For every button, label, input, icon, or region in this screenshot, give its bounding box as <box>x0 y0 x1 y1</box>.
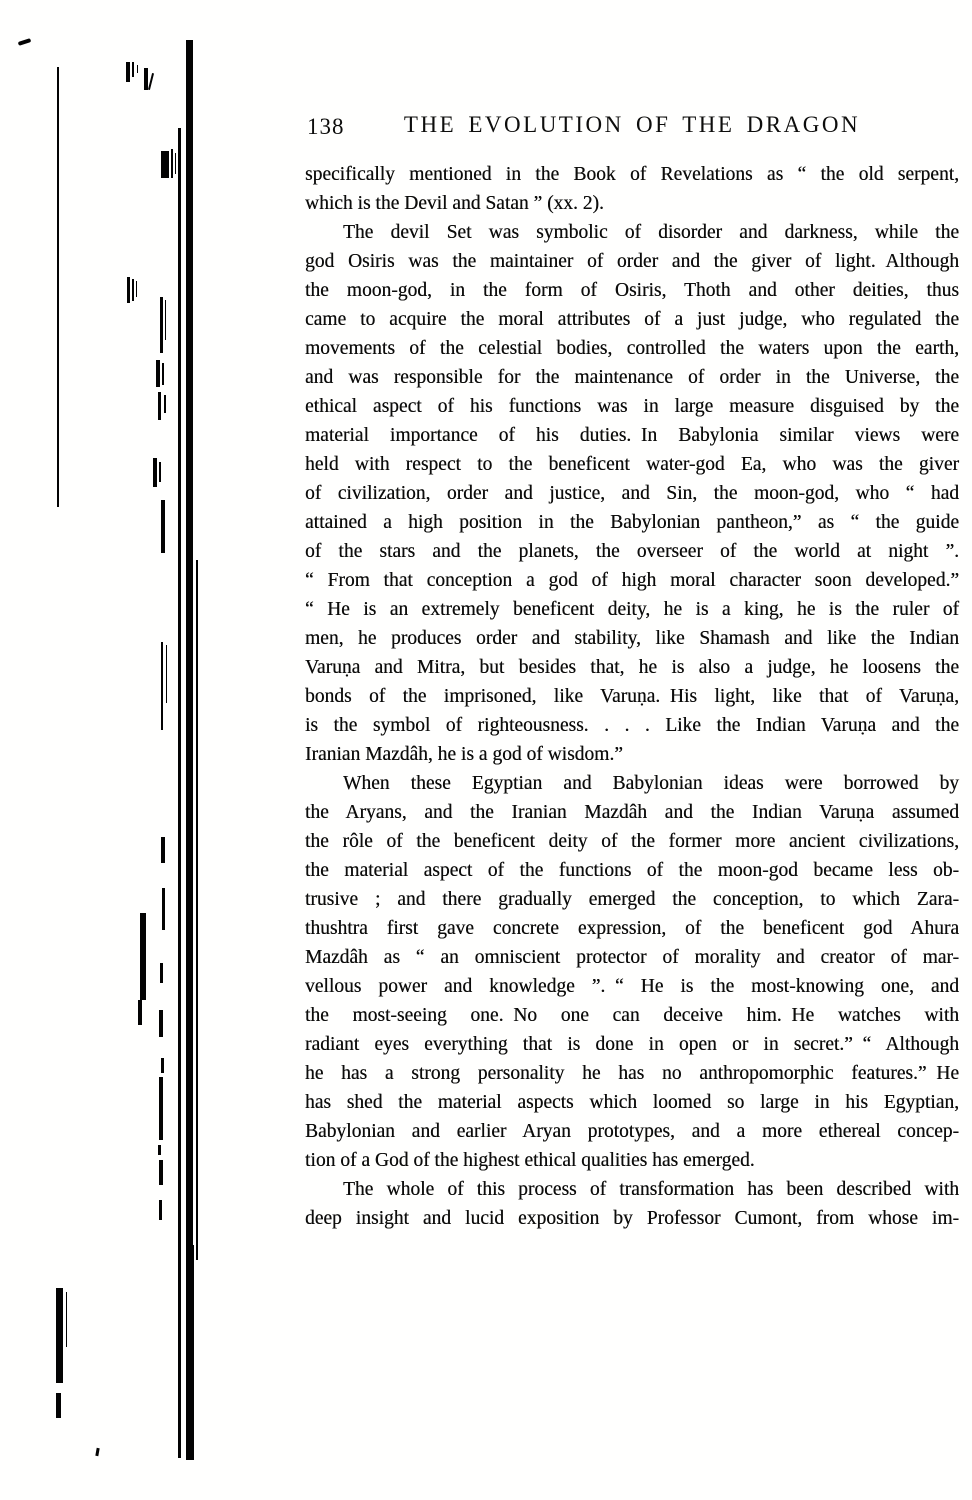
scan-artifact <box>161 1058 164 1073</box>
scan-artifact <box>161 642 163 730</box>
text-line: men, he produces order and stability, li… <box>305 624 959 653</box>
text-line: vellous power and knowledge ”. “ He is t… <box>305 972 959 1001</box>
running-title: THE EVOLUTION OF THE DRAGON <box>305 112 959 138</box>
scan-artifact <box>196 560 198 1260</box>
scan-artifact <box>178 128 181 1458</box>
text-line: of civilization, order and justice, and … <box>305 479 959 508</box>
text-line: material importance of his duties. In Ba… <box>305 421 959 450</box>
text-line: movements of the celestial bodies, contr… <box>305 334 959 363</box>
scan-artifact <box>171 149 173 178</box>
text-line: the rôle of the beneficent deity of the … <box>305 827 959 856</box>
scan-artifact <box>56 1393 61 1418</box>
scan-artifact <box>161 837 165 863</box>
text-line: “ He is an extremely beneficent deity, h… <box>305 595 959 624</box>
scan-artifact <box>156 360 160 387</box>
scan-artifact <box>166 645 167 703</box>
scan-artifact <box>95 1448 99 1456</box>
text-line: deep insight and lucid exposition by Pro… <box>305 1204 959 1233</box>
scan-artifact <box>126 62 130 82</box>
text-line: has shed the material aspects which loom… <box>305 1088 959 1117</box>
scan-artifact <box>66 1292 67 1347</box>
text-line: god Osiris was the maintainer of order a… <box>305 247 959 276</box>
scan-artifact <box>56 1288 63 1383</box>
scan-artifact <box>160 297 163 353</box>
text-line: specifically mentioned in the Book of Re… <box>305 160 959 189</box>
body-text: specifically mentioned in the Book of Re… <box>305 160 959 1233</box>
scan-artifact <box>138 1000 142 1025</box>
scan-artifact <box>127 277 130 303</box>
text-line: trusive ; and there gradually emerged th… <box>305 885 959 914</box>
scan-artifact <box>144 68 148 90</box>
scan-artifact <box>175 153 176 174</box>
text-line: Varuṇa and Mitra, but besides that, he i… <box>305 653 959 682</box>
text-line: tion of a God of the highest ethical qua… <box>305 1146 959 1175</box>
text-line: the Aryans, and the Iranian Mazdâh and t… <box>305 798 959 827</box>
text-line: Iranian Mazdâh, he is a god of wisdom.” <box>305 740 959 769</box>
scan-artifact <box>137 65 138 73</box>
text-line: the moon-god, in the form of Osiris, Tho… <box>305 276 959 305</box>
text-line: and was responsible for the maintenance … <box>305 363 959 392</box>
text-line: “ From that conception a god of high mor… <box>305 566 959 595</box>
text-line: of the stars and the planets, the overse… <box>305 537 959 566</box>
scan-artifact <box>162 363 164 385</box>
scan-artifact <box>153 458 157 487</box>
text-line: he has a strong personality he has no an… <box>305 1059 959 1088</box>
scan-artifact <box>159 1077 163 1140</box>
scan-artifact <box>158 1145 161 1155</box>
text-line: Mazdâh as “ an omniscient protector of m… <box>305 943 959 972</box>
scan-artifact <box>161 151 169 178</box>
scan-artifact <box>132 279 134 301</box>
text-line: attained a high position in the Babyloni… <box>305 508 959 537</box>
text-line: the material aspect of the functions of … <box>305 856 959 885</box>
text-line: bonds of the imprisoned, like Varuṇa. Hi… <box>305 682 959 711</box>
scan-artifact <box>159 462 161 482</box>
text-line: the most-seeing one. No one can deceive … <box>305 1001 959 1030</box>
scan-artifact <box>136 281 137 297</box>
text-line: Babylonian and earlier Aryan prototypes,… <box>305 1117 959 1146</box>
scan-artifact <box>158 392 161 420</box>
scan-artifact <box>18 38 32 46</box>
scan-artifact <box>191 1245 194 1460</box>
text-line: The whole of this process of transformat… <box>305 1175 959 1204</box>
scan-artifact <box>148 73 154 90</box>
scan-artifact <box>162 888 165 930</box>
scan-artifact <box>159 1010 163 1037</box>
text-line: When these Egyptian and Babylonian ideas… <box>305 769 959 798</box>
book-page: 138 THE EVOLUTION OF THE DRAGON specific… <box>0 0 972 1500</box>
scan-artifact <box>164 395 166 413</box>
scan-artifact <box>159 1160 163 1185</box>
text-line: is the symbol of righteousness. . . . Li… <box>305 711 959 740</box>
text-line: thushtra first gave concrete expression,… <box>305 914 959 943</box>
scan-artifact <box>161 500 165 553</box>
text-line: ethical aspect of his functions was in l… <box>305 392 959 421</box>
scan-artifact <box>140 913 146 1000</box>
text-line: radiant eyes everything that is done in … <box>305 1030 959 1059</box>
scan-artifact <box>57 67 59 507</box>
text-line: The devil Set was symbolic of disorder a… <box>305 218 959 247</box>
scan-artifact <box>159 1200 162 1220</box>
scan-artifact <box>160 963 163 983</box>
scan-artifact <box>165 300 166 340</box>
text-line: which is the Devil and Satan ” (xx. 2). <box>305 189 959 218</box>
text-line: held with respect to the beneficent wate… <box>305 450 959 479</box>
text-line: came to acquire the moral attributes of … <box>305 305 959 334</box>
page-header: 138 THE EVOLUTION OF THE DRAGON <box>305 110 959 144</box>
scan-artifact <box>132 62 134 77</box>
